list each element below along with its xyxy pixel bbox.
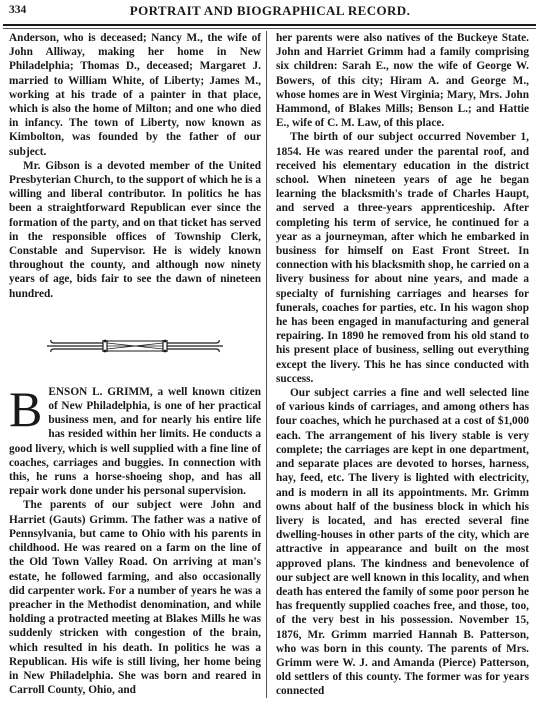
decorative-divider-icon [45,338,225,356]
paragraph: Our subject carries a fine and well sele… [276,386,529,698]
paragraph: The parents of our subject were John and… [9,498,261,697]
biography-opening-paragraph: BENSON L. GRIMM, a well known citizen of… [9,385,261,499]
biography-subject-name: ENSON L. GRIMM, [48,386,152,398]
right-column: her parents were also natives of the Buc… [276,31,529,699]
spacer [9,301,261,323]
paragraph: her parents were also natives of the Buc… [276,31,529,130]
running-title: PORTRAIT AND BIOGRAPHICAL RECORD. [0,3,540,19]
paragraph: The birth of our subject occurred Novemb… [276,130,529,386]
paragraph: Mr. Gibson is a devoted member of the Un… [9,159,261,301]
left-column: Anderson, who is deceased; Nancy M., the… [9,31,261,697]
paragraph: Anderson, who is deceased; Nancy M., the… [9,31,261,159]
spacer [9,371,261,385]
paragraph-text: a well known citizen of New Philadelphia… [9,386,261,497]
section-ornament [9,323,261,371]
drop-cap: B [9,387,42,431]
page-header: 334 PORTRAIT AND BIOGRAPHICAL RECORD. [0,0,540,22]
column-divider [266,31,267,698]
header-rule-thick [3,24,536,26]
header-rule-thin [3,28,536,29]
